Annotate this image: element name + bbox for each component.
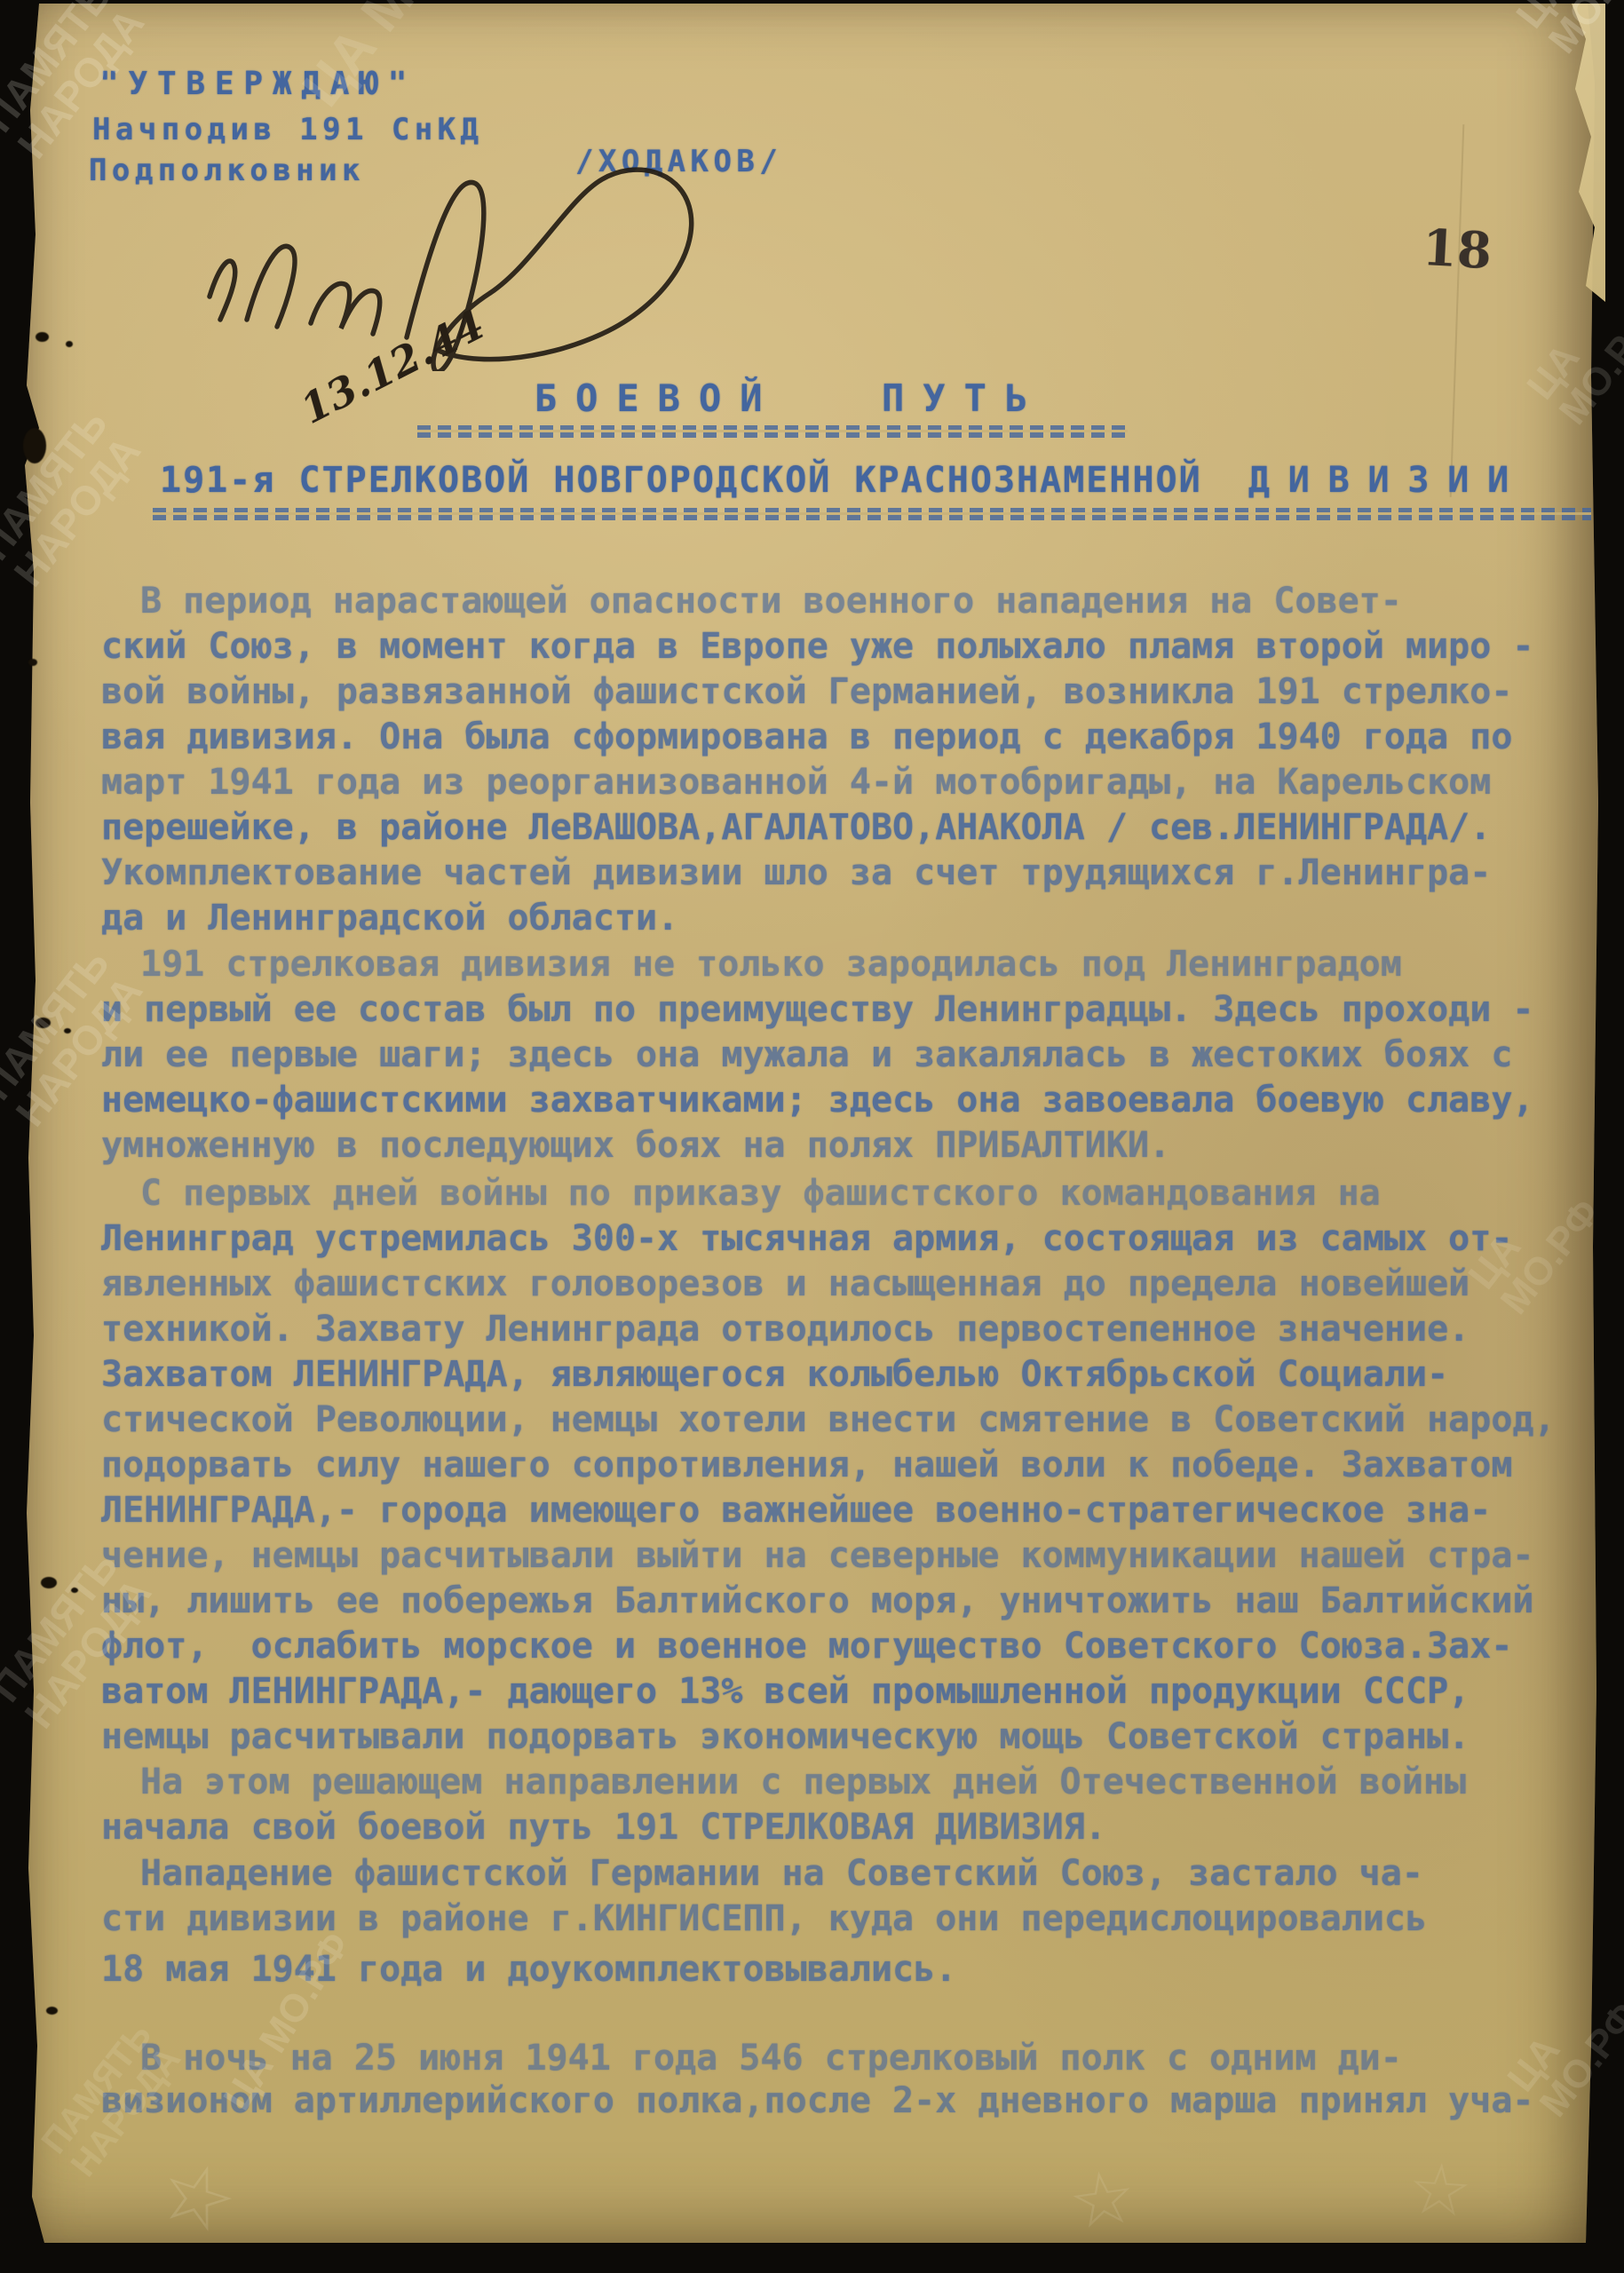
typed-line: вой войны, развязанной фашистской Герман… <box>101 672 1512 711</box>
document-title: БОЕВОЙ ПУТЬ <box>444 376 1137 420</box>
typed-line: Захватом ЛЕНИНГРАДА, являющегося колыбел… <box>101 1355 1448 1394</box>
punch-hole <box>64 1028 71 1034</box>
typed-line: На этом решающем направлении с первых дн… <box>140 1762 1466 1802</box>
typed-line: немецко-фашистскими захватчиками; здесь … <box>101 1081 1534 1120</box>
approval-stamp: "УТВЕРЖДАЮ" <box>99 66 416 102</box>
typed-line: Укомплектование частей дивизии шло за сч… <box>101 853 1491 892</box>
punch-hole <box>66 341 73 347</box>
typed-line: Нападение фашистской Германии на Советск… <box>140 1854 1423 1893</box>
typed-line: явленных фашистских головорезов и насыще… <box>101 1264 1470 1303</box>
typed-line: вая дивизия. Она была сформирована в пер… <box>101 717 1512 756</box>
typed-line: чение, немцы расчитывали выйти на северн… <box>101 1536 1534 1575</box>
typed-line: техникой. Захвату Ленинграда отводилось … <box>101 1310 1470 1349</box>
title-underline <box>417 425 1128 438</box>
typed-line: 191 стрелковая дивизия не только зародил… <box>140 945 1402 984</box>
typed-line: С первых дней войны по приказу фашистско… <box>140 1174 1381 1213</box>
typed-line: умноженную в последующих боях на полях П… <box>101 1126 1170 1165</box>
typed-line: В ночь на 25 июня 1941 года 546 стрелков… <box>140 2039 1402 2078</box>
typed-line: да и Ленинградской области. <box>101 899 678 938</box>
typed-line: Ленинград устремилась 300-х тысячная арм… <box>101 1219 1512 1258</box>
typed-line: ватом ЛЕНИНГРАДА,- дающего 13% всей пром… <box>101 1672 1470 1711</box>
punch-hole <box>36 332 49 342</box>
punch-hole <box>36 1018 51 1028</box>
typed-line: стической Революции, немцы хотели внести… <box>101 1400 1556 1439</box>
typed-line: визионом артиллерийского полка,после 2-х… <box>101 2081 1534 2120</box>
typed-line: и первый ее состав был по преимуществу Л… <box>101 990 1534 1029</box>
typed-line: ский Союз, в момент когда в Европе уже п… <box>101 627 1534 666</box>
typed-line: флот, ослабить морское и военное могущес… <box>101 1627 1512 1666</box>
typed-line: ли ее первые шаги; здесь она мужала и за… <box>101 1035 1512 1074</box>
typed-line: сти дивизии в районе г.КИНГИСЕПП, куда о… <box>101 1899 1427 1938</box>
typed-line: начала свой боевой путь 191 СТРЕЛКОВАЯ Д… <box>101 1808 1106 1847</box>
typed-line: немцы расчитывали подорвать экономическу… <box>101 1717 1470 1756</box>
division-underline <box>153 508 1591 520</box>
typed-line: 18 мая 1941 года и доукомплектовывались. <box>101 1950 956 1989</box>
punch-hole <box>71 1588 78 1593</box>
page-number: 18 <box>1421 218 1493 281</box>
typed-line: март 1941 года из реорганизованной 4-й м… <box>101 763 1491 802</box>
typed-line: перешейке, в районе ЛеВАШОВА,АГАЛАТОВО,А… <box>101 808 1491 847</box>
scanned-document-page: "УТВЕРЖДАЮ" Начподив 191 СнКД Подполковн… <box>0 0 1624 2273</box>
punch-hole <box>46 2007 58 2015</box>
edge-tear <box>23 428 46 463</box>
punch-hole <box>41 1577 57 1588</box>
typed-line: ны, лишить ее побережья Балтийского моря… <box>101 1581 1534 1620</box>
typed-line: В период нарастающей опасности военного … <box>140 582 1402 621</box>
typed-line: подорвать силу нашего сопротивления, наш… <box>101 1445 1512 1485</box>
division-title-text: 191-я СТРЕЛКОВОЙ НОВГОРОДСКОЙ КРАСНОЗНАМ… <box>160 460 1202 501</box>
punch-hole <box>28 659 37 666</box>
division-title-spaced: ДИВИЗИИ <box>1248 460 1527 501</box>
division-title: 191-я СТРЕЛКОВОЙ НОВГОРОДСКОЙ КРАСНОЗНАМ… <box>160 460 1527 501</box>
typed-line: ЛЕНИНГРАДА,- города имеющего важнейшее в… <box>101 1491 1491 1530</box>
